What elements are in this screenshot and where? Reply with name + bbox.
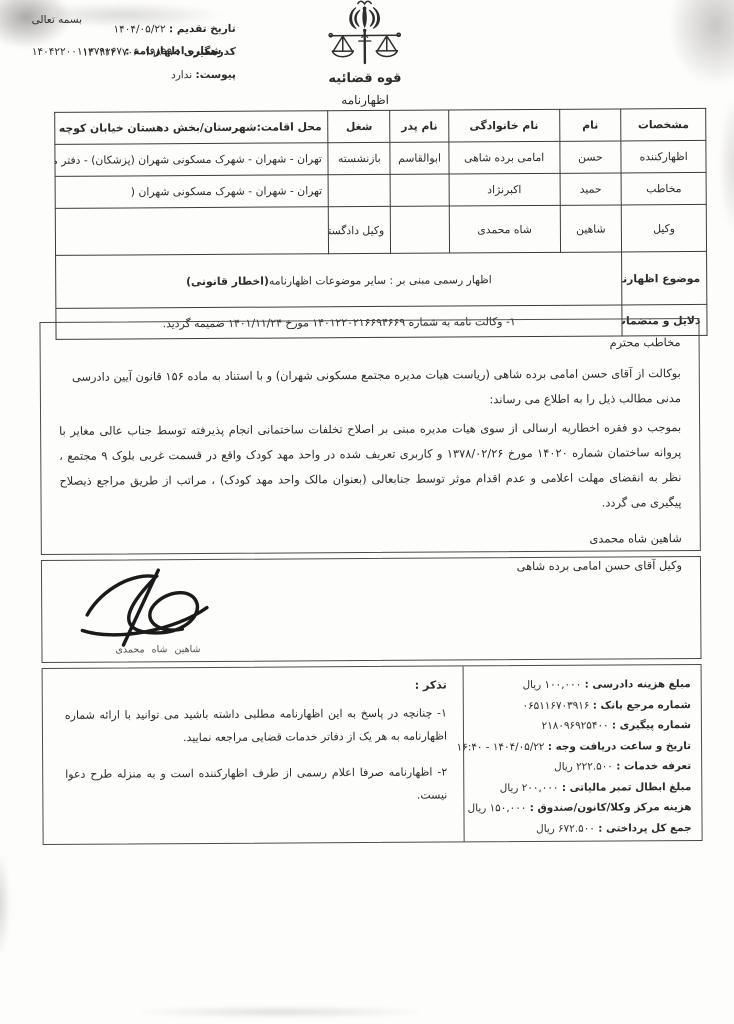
lawyer-father-name: [391, 206, 450, 253]
col-header-job: شغل: [328, 110, 390, 142]
col-header-first-name: نام: [559, 109, 621, 141]
fee-label: مبلغ ابطال تمبر مالیاتی :: [562, 781, 692, 794]
fee-label: تاریخ و ساعت دریافت وجه :: [548, 740, 691, 753]
document-type-title: اظهارنامه: [0, 91, 732, 109]
scanned-declaration-page: بسمه تعالی شماره اظهارنامه : ۱۴۰۴۲۲۰۰۱۱۳…: [0, 0, 734, 1024]
declarant-role: اظهارکننده: [621, 140, 706, 173]
fee-line: هزینه مرکز وکلا/کانون/صندوق : ۱۵۰,۰۰۰ ری…: [470, 797, 691, 819]
notes-panel: تذکر : ۱- چنانچه در پاسخ به این اظهارنام…: [43, 666, 464, 844]
addressee-father-name: [390, 174, 449, 206]
fees-panel: مبلغ هزینه دادرسی : ۱۰۰,۰۰۰ ریال شماره م…: [463, 665, 702, 841]
lawyer-role: وکیل: [622, 204, 707, 252]
header-emblem-block: قوه قضائیه اظهارنامه: [0, 0, 732, 109]
col-header-last-name: نام خانوادگی: [449, 109, 560, 142]
addressee-last-name: اکبرنژاد: [449, 173, 560, 206]
subject-label: موضوع اظهارنامه: [622, 251, 707, 305]
fee-value: ۱۰۰,۰۰۰ ریال: [523, 679, 582, 691]
fee-label: مبلغ هزینه دادرسی :: [585, 678, 691, 691]
addressee-role: مخاطب: [621, 172, 706, 205]
table-header-row: مشخصات نام نام خانوادگی نام پدر شغل محل …: [55, 108, 706, 144]
declarant-father-name: ابوالقاسم: [390, 142, 449, 174]
addressee-first-name: حمید: [560, 173, 622, 205]
handwritten-signature-icon: [60, 565, 232, 648]
signature-caption: شاهین شاه محمدی: [115, 644, 200, 656]
declarant-job: بازنشسته: [328, 142, 390, 174]
table-row-lawyer: وکیل شاهین شاه محمدی وکیل دادگستری: [55, 204, 706, 255]
declarant-address: تهران - شهران - شهرک مسکونی شهران (پزشکا…: [55, 143, 329, 177]
col-header-role: مشخصات: [621, 108, 706, 141]
note-item: ۱- چنانچه در پاسخ به این اظهارنامه مطلبی…: [65, 702, 447, 750]
statement-body-box: مخاطب محترم بوکالت از آقای حسن امامی برد…: [39, 318, 700, 555]
lawyer-last-name: شاه محمدی: [449, 205, 560, 253]
col-header-address: محل اقامت:شهرستان/بخش دهستان خیابان کوچه…: [55, 111, 329, 145]
fee-line: شماره پیگیری : ۲۱۸۰۹۶۹۲۵۴۰۰: [470, 715, 691, 737]
fee-label: جمع کل پرداختی :: [598, 822, 691, 835]
org-title: قوه قضائیه: [0, 69, 732, 88]
fee-label: هزینه مرکز وکلا/کانون/صندوق :: [530, 801, 692, 814]
col-header-father-name: نام پدر: [390, 110, 449, 142]
signer-name: شاهین شاه محمدی: [60, 525, 682, 556]
footer-box: مبلغ هزینه دادرسی : ۱۰۰,۰۰۰ ریال شماره م…: [42, 664, 703, 845]
body-paragraph-2: بموجب دو فقره اخطاریه ارسالی از سوی هیات…: [59, 415, 682, 519]
addressee-address: تهران - شهران - شهرک مسکونی شهران (: [55, 175, 329, 209]
declarant-last-name: امامی برده شاهی: [449, 141, 560, 174]
subject-value: اظهار رسمی مبنی بر : سایر موضوعات اظهارن…: [56, 252, 623, 308]
addressee-job: [329, 174, 391, 206]
subject-bold-text: (اخطار قانونی): [186, 274, 269, 288]
fee-label: شماره پیگیری :: [612, 719, 691, 731]
table-row-declarant: اظهارکننده حسن امامی برده شاهی ابوالقاسم…: [55, 140, 706, 176]
fee-value: ۱۴۰۴/۰۵/۲۲ - ۱۶:۴۰: [457, 740, 545, 753]
lawyer-first-name: شاهین: [560, 205, 622, 252]
fee-value: ۲۱۸۰۹۶۹۲۵۴۰۰: [542, 720, 609, 732]
lawyer-address: [55, 207, 329, 256]
fee-line: تاریخ و ساعت دریافت وجه : ۱۴۰۴/۰۵/۲۲ - ۱…: [470, 736, 691, 758]
salutation: مخاطب محترم: [59, 335, 681, 353]
judiciary-emblem-icon: [312, 0, 416, 66]
table-row-subject: موضوع اظهارنامه اظهار رسمی مبنی بر : سای…: [56, 251, 707, 308]
fee-line: جمع کل پرداختی : ۶۷۲.۵۰۰ ریال: [471, 818, 692, 840]
fee-value: ۱۵۰,۰۰۰ ریال: [468, 802, 527, 814]
parties-table: مشخصات نام نام خانوادگی نام پدر شغل محل …: [54, 108, 707, 340]
fee-value: ۶۷۲.۵۰۰ ریال: [536, 822, 595, 834]
fee-label: تعرفه خدمات :: [616, 760, 691, 772]
fee-line: شماره مرجع بانک : ۰۶۵۱۱۶۷۰۳۹۱۶: [470, 695, 691, 717]
fee-value: ۰۶۵۱۱۶۷۰۳۹۱۶: [522, 699, 589, 711]
body-paragraph-1: بوکالت از آقای حسن امامی برده شاهی (ریاس…: [59, 361, 681, 415]
fee-value: ۲۲۲.۵۰۰ ریال: [554, 761, 613, 773]
fee-line: مبلغ هزینه دادرسی : ۱۰۰,۰۰۰ ریال: [470, 674, 691, 696]
fee-value: ۲۰۰,۰۰۰ ریال: [500, 781, 559, 793]
notes-title: تذکر :: [65, 679, 447, 694]
lawyer-job: وکیل دادگستری: [329, 206, 391, 253]
fee-line: مبلغ ابطال تمبر مالیاتی : ۲۰۰,۰۰۰ ریال: [470, 777, 691, 799]
fee-label: شماره مرجع بانک :: [593, 699, 691, 712]
declarant-first-name: حسن: [559, 141, 621, 173]
document-content: بسمه تعالی شماره اظهارنامه : ۱۴۰۴۲۲۰۰۱۱۳…: [0, 0, 734, 1024]
fee-line: تعرفه خدمات : ۲۲۲.۵۰۰ ریال: [470, 756, 691, 778]
subject-text: اظهار رسمی مبنی بر : سایر موضوعات اظهارن…: [269, 273, 492, 287]
note-item: ۲- اظهارنامه صرفا اعلام رسمی از طرف اظها…: [65, 761, 447, 809]
signature-box: شاهین شاه محمدی: [41, 556, 702, 663]
table-row-addressee: مخاطب حمید اکبرنژاد تهران - شهران - شهرک…: [55, 172, 706, 208]
